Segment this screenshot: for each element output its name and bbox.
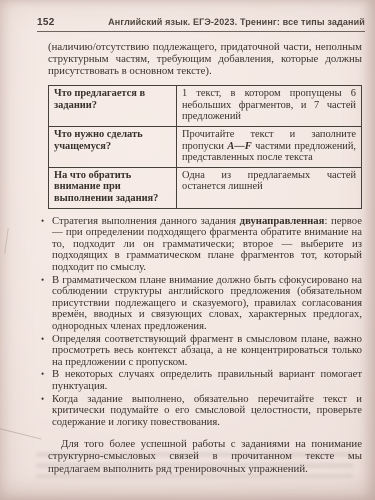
running-header: 152 Английский язык. ЕГЭ-2023. Тренинг: … xyxy=(37,17,365,32)
table-question-cell: Что нужно сделать учащемуся? xyxy=(49,127,177,168)
table-row: На что обратить внимание при выполнении … xyxy=(49,167,362,208)
page: 152 Английский язык. ЕГЭ-2023. Тренинг: … xyxy=(0,0,375,500)
intro-paragraph: (наличию/отсутствию подлежащего, придато… xyxy=(48,41,362,77)
table-row: Что нужно сделать учащемуся? Прочитайте … xyxy=(49,127,362,168)
table-row: Что предлагается в задании? 1 текст, в к… xyxy=(49,86,362,127)
table-question-cell: На что обратить внимание при выполнении … xyxy=(49,167,177,208)
list-item: Определяя соответствующий фрагмент в смы… xyxy=(42,334,362,369)
list-item: В некоторых случаях определить правильны… xyxy=(42,369,362,392)
page-number: 152 xyxy=(37,17,55,28)
list-item: В грамматическом плане внимание должно б… xyxy=(42,275,362,333)
answer-range-AF: A—F xyxy=(227,141,251,152)
book-page-photo: 152 Английский язык. ЕГЭ-2023. Тренинг: … xyxy=(0,0,375,500)
list-item: Стратегия выполнения данного задания дву… xyxy=(42,216,362,274)
task-overview-table: Что предлагается в задании? 1 текст, в к… xyxy=(48,85,362,208)
list-item: Когда задание выполнено, обязательно пер… xyxy=(42,394,362,429)
bullet-bold-term: двунаправленная xyxy=(240,215,325,227)
table-answer-cell: 1 текст, в котором пропущены 6 небольших… xyxy=(177,86,362,127)
running-header-title: Английский язык. ЕГЭ-2023. Тренинг: все … xyxy=(108,17,365,27)
closing-paragraph: Для того более успешной работы с задания… xyxy=(48,438,362,474)
strategy-bullet-list: Стратегия выполнения данного задания дву… xyxy=(42,216,362,429)
table-answer-cell: Прочитайте текст и заполните пропуски A—… xyxy=(177,127,362,168)
table-answer-cell: Одна из предлагаемых частей останется ли… xyxy=(177,167,362,208)
table-question-cell: Что предлагается в задании? xyxy=(49,86,177,127)
bullet-text: Стратегия выполнения данного задания xyxy=(52,215,240,227)
